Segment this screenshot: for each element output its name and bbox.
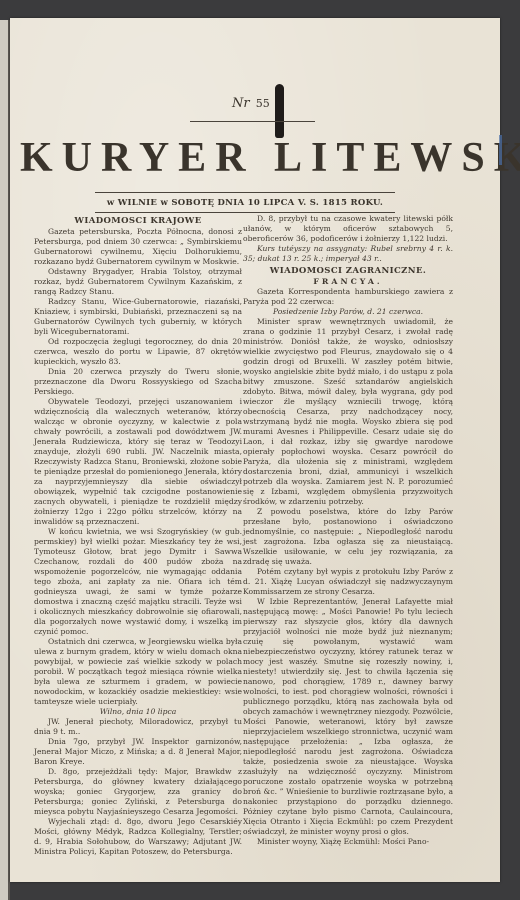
paragraph: W końcu kwietnia, we wsi Szogryńskiey (w… xyxy=(34,527,242,637)
newspaper-page: Nr 55 KURYER LITEWSKI w WILNIE w SOBOTĘ … xyxy=(10,18,500,882)
paragraph: Dnia 7go, przybył JW. Inspektor garnizon… xyxy=(34,737,242,767)
paragraph: D. 8go, przejeżdżali tędy: Major, Brawkd… xyxy=(34,767,242,817)
masthead: Nr 55 KURYER LITEWSKI w WILNIE w SOBOTĘ … xyxy=(10,18,500,198)
paragraph: Z powodu poselstwa, które do Izby Parów … xyxy=(243,507,453,567)
paragraph: JW. Jenerał piechoty, Miloradowicz, przy… xyxy=(34,717,242,737)
subheading: Wilno, dnia 10 lipca xyxy=(34,707,242,717)
paragraph: Gazeta Korrespondenta hamburskiego zawie… xyxy=(243,287,453,307)
paragraph: Minister woyny, Xiążę Eckmühl: Mości Pan… xyxy=(243,837,453,847)
adjacent-page-edge xyxy=(0,20,10,900)
paragraph: Potém czytany był wypis z protokułu Izby… xyxy=(243,567,453,597)
paragraph: D. 8, przybył tu na czasowe kwatery lite… xyxy=(243,214,453,244)
paragraph: Odstawny Brygadyer, Hrabia Tolstoy, otrz… xyxy=(34,267,242,297)
paragraph: Wyjechali ztąd: d. 8go, dworu Jego Cesar… xyxy=(34,817,242,857)
paragraph: Dnia 20 czerwca przyszły do Tweru słonie… xyxy=(34,367,242,397)
tab-marker xyxy=(499,135,502,165)
left-column: WIADOMOSCI KRAJOWE Gazeta petersburska, … xyxy=(34,214,242,857)
issue-label: Nr xyxy=(232,96,250,111)
paragraph: Gazeta petersburska, Poczta Północna, do… xyxy=(34,227,242,267)
paragraph: Minister spraw wewnętrznych uwiadomił, ż… xyxy=(243,317,453,507)
rule xyxy=(190,121,315,122)
dateline: w WILNIE w SOBOTĘ DNIA 10 LIPCA V. S. 18… xyxy=(10,198,480,208)
rule xyxy=(95,192,395,193)
ink-blot xyxy=(275,84,284,138)
paragraph: Od rozpoczęcia żeglugi tegoroczney, do d… xyxy=(34,337,242,367)
session-title: Posiedzenie Izby Parów, d. 21 czerwca. xyxy=(243,307,453,317)
exchange-rates: Kurs tutéyszy na assygnaty: Rubel srebrn… xyxy=(243,244,453,264)
rule xyxy=(95,212,395,213)
section-heading: WIADOMOSCI KRAJOWE xyxy=(34,216,242,226)
paragraph: W Izbie Reprezentantów, Jenerał Lafayett… xyxy=(243,597,453,837)
paragraph: Ostatnich dni czerwca, w Jeorgiewsku wie… xyxy=(34,637,242,707)
right-column: D. 8, przybył tu na czasowe kwatery lite… xyxy=(243,214,453,847)
issue-number: Nr 55 xyxy=(232,96,270,111)
paragraph: Obywatele Teodozyi, przejęci uszanowanie… xyxy=(34,397,242,527)
section-heading: WIADOMOSCI ZAGRANICZNE. xyxy=(243,266,453,276)
country-heading: FRANCYA. xyxy=(243,277,453,287)
paragraph: Radzcy Stanu, Wice-Gubernatorowie, riaza… xyxy=(34,297,242,337)
issue-number-value: 55 xyxy=(256,97,270,110)
newspaper-title: KURYER LITEWSKI xyxy=(20,134,480,182)
